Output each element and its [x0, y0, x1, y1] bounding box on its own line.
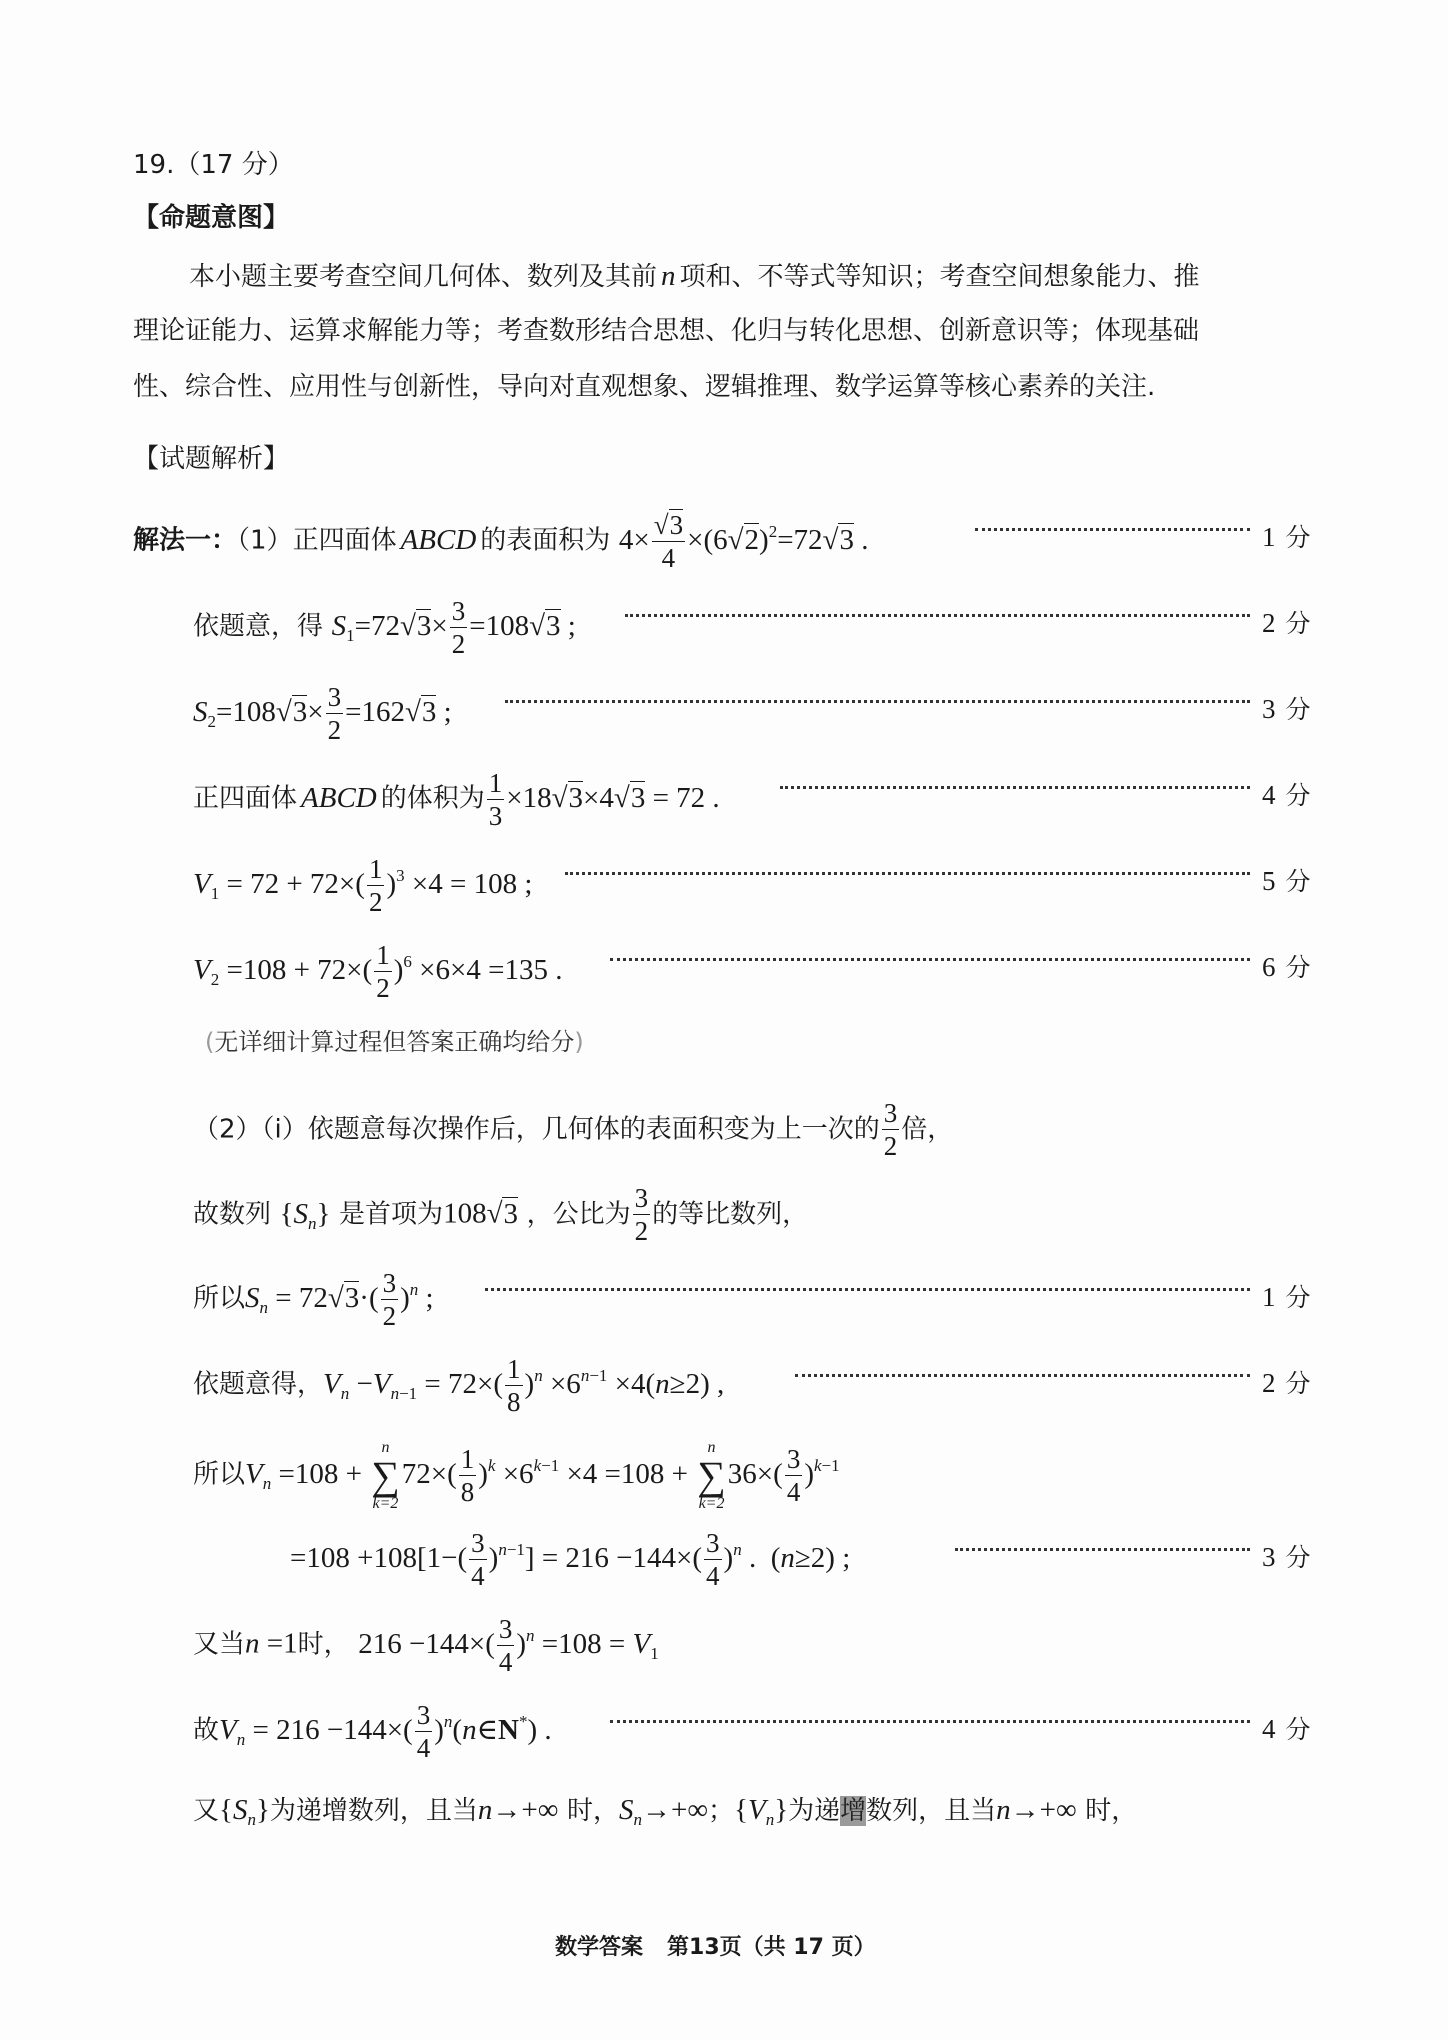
text: 时， — [298, 1630, 350, 1660]
dotted-leader — [625, 610, 1250, 617]
part-label: （1） — [237, 526, 293, 556]
math-expr: S2=108√3×32=162√3 ; — [193, 696, 452, 728]
text: 时， — [567, 1796, 619, 1826]
score-label: 3分 — [1262, 1538, 1311, 1574]
part2-line-2: 故数列 {Sn} 是首项为108√3 ，公比为32的等比数列， — [193, 1185, 808, 1245]
dotted-leader — [610, 954, 1250, 961]
math-expr: {Vn} — [734, 1794, 788, 1826]
footer-subject: 数学答案 — [555, 1935, 643, 1960]
text: 的表面积为 — [480, 526, 610, 556]
math-expr: 4×√34×(6√2)2=72√3 . — [619, 524, 869, 556]
part2-line-1: （2）（i）依题意每次操作后，几何体的表面积变为上一次的32倍， — [193, 1100, 953, 1160]
solution-line-4: 正四面体ABCD的体积为13×18√3×4√3 = 72 . — [193, 770, 720, 830]
score-label: 4分 — [1262, 1710, 1311, 1746]
part2-line-4: 依题意得，Vn −Vn−1 = 72×(18)n ×6n−1 ×4(n≥2) , — [193, 1356, 724, 1416]
math-expr: {Sn} — [219, 1794, 270, 1826]
math-expr: n =1 — [245, 1628, 298, 1660]
dotted-leader — [955, 1544, 1250, 1551]
text: 依题意，得 — [193, 612, 323, 642]
tetrahedron-name: ABCD — [301, 782, 377, 814]
text: 是首项为 — [339, 1200, 443, 1230]
dotted-leader — [610, 1716, 1250, 1723]
math-expr: V2 =108 + 72×(12)6 ×6×4 =135 . — [193, 954, 562, 986]
highlighted-char: 增 — [840, 1796, 866, 1826]
solution-line-2: 依题意，得 S1=72√3×32=108√3 ; — [193, 598, 576, 658]
intent-line-3: 性、综合性、应用性与创新性，导向对直观想象、逻辑推理、数学运算等核心素养的关注. — [133, 374, 1155, 400]
text: 数列，且当 — [866, 1796, 996, 1826]
intent-heading: 【命题意图】 — [133, 205, 289, 231]
score-label: 5分 — [1262, 862, 1311, 898]
text: 的体积为 — [381, 784, 485, 814]
part-label: （2）（i） — [193, 1115, 308, 1145]
part2-line-9: 又{Sn}为递增数列，且当n→+∞ 时，Sn→+∞；{Vn}为递增数列，且当n→… — [193, 1796, 1137, 1828]
dotted-leader — [795, 1370, 1250, 1377]
math-expr: n→+∞ — [996, 1794, 1077, 1826]
math-expr: Sn→+∞ — [619, 1794, 708, 1826]
intent-line-2: 理论证能力、运算求解能力等；考查数形结合思想、化归与转化思想、创新意识等；体现基… — [133, 318, 1199, 344]
score-label: 1分 — [1262, 518, 1311, 554]
text: 又当 — [193, 1630, 245, 1660]
part2-line-5: 所以Vn =108 + n∑k=272×(18)k ×6k−1 ×4 =108 … — [193, 1440, 840, 1512]
text: 的等比数列， — [652, 1200, 808, 1230]
footer-page-number: 第13页（共 17 页） — [667, 1935, 876, 1960]
question-number: 19.（17 分） — [133, 152, 294, 178]
math-expr: =108 +108[1−(34)n−1] = 216 −144×(34)n . … — [290, 1542, 850, 1574]
part2-line-8: 故Vn = 216 −144×(34)n(n∈N*) . — [193, 1702, 552, 1762]
part2-line-3: 所以Sn = 72√3·(32)n ; — [193, 1270, 434, 1330]
math-expr: n→+∞ — [478, 1794, 559, 1826]
text: 依题意每次操作后，几何体的表面积变为上一次的 — [308, 1115, 880, 1145]
grading-note: (无详细计算过程但答案正确均给分) — [205, 1030, 584, 1054]
text: 正四面体 — [193, 784, 297, 814]
variable-n: n — [661, 260, 676, 292]
text: ； — [708, 1796, 734, 1826]
score-label: 4分 — [1262, 776, 1311, 812]
solution-line-5: V1 = 72 + 72×(12)3 ×4 = 108 ; — [193, 856, 532, 916]
text: 故数列 — [193, 1200, 271, 1230]
page-footer: 数学答案第13页（共 17 页） — [555, 1930, 876, 1961]
text: 正四面体 — [293, 526, 397, 556]
math-expr: Vn = 216 −144×(34)n(n∈N*) . — [219, 1714, 552, 1746]
text: 所以 — [193, 1284, 245, 1314]
math-expr: V1 = 72 + 72×(12)3 ×4 = 108 ; — [193, 868, 532, 900]
math-expr: 108√3 — [443, 1197, 518, 1230]
text: 又 — [193, 1796, 219, 1826]
text: 时， — [1085, 1796, 1137, 1826]
score-label: 2分 — [1262, 604, 1311, 640]
solution-line-6: V2 =108 + 72×(12)6 ×6×4 =135 . — [193, 942, 562, 1002]
text: 所以 — [193, 1460, 245, 1490]
solution-line-1: 解法一：（1）正四面体ABCD的表面积为 4×√34×(6√2)2=72√3 . — [133, 512, 868, 572]
math-expr: Sn = 72√3·(32)n ; — [245, 1282, 434, 1314]
text: 为递增数列，且当 — [270, 1796, 478, 1826]
text: 为递 — [788, 1796, 840, 1826]
intent-line-1: 本小题主要考查空间几何体、数列及其前n项和、不等式等知识；考查空间想象能力、推 — [189, 262, 1200, 291]
math-expr: Vn =108 + n∑k=272×(18)k ×6k−1 ×4 =108 + … — [245, 1458, 840, 1490]
math-expr: Vn −Vn−1 = 72×(18)n ×6n−1 ×4(n≥2) , — [323, 1368, 724, 1400]
intent-text: 项和、不等式等知识；考查空间想象能力、推 — [680, 262, 1200, 292]
score-label: 2分 — [1262, 1364, 1311, 1400]
score-label: 6分 — [1262, 948, 1311, 984]
math-expr: 13×18√3×4√3 = 72 . — [485, 782, 720, 814]
dotted-leader — [485, 1284, 1250, 1291]
part2-line-6: =108 +108[1−(34)n−1] = 216 −144×(34)n . … — [290, 1530, 850, 1590]
math-expr: S1=72√3×32=108√3 ; — [332, 610, 576, 642]
dotted-leader — [780, 782, 1250, 789]
score-label: 3分 — [1262, 690, 1311, 726]
text: 故 — [193, 1716, 219, 1746]
intent-text: 本小题主要考查空间几何体、数列及其前 — [189, 262, 657, 292]
math-expr: 216 −144×(34)n =108 = V1 — [358, 1628, 658, 1660]
text: 倍， — [901, 1115, 953, 1145]
dotted-leader — [975, 524, 1250, 531]
score-label: 1分 — [1262, 1278, 1311, 1314]
text: 依题意得， — [193, 1370, 323, 1400]
part2-line-7: 又当n =1时， 216 −144×(34)n =108 = V1 — [193, 1616, 659, 1676]
analysis-heading: 【试题解析】 — [133, 446, 289, 472]
text: ，公比为 — [527, 1200, 631, 1230]
dotted-leader — [505, 696, 1250, 703]
dotted-leader — [565, 868, 1250, 875]
solution-line-3: S2=108√3×32=162√3 ; — [193, 684, 452, 744]
method-label: 解法一： — [133, 526, 237, 556]
math-expr: {Sn} — [280, 1198, 331, 1230]
tetrahedron-name: ABCD — [401, 524, 477, 556]
